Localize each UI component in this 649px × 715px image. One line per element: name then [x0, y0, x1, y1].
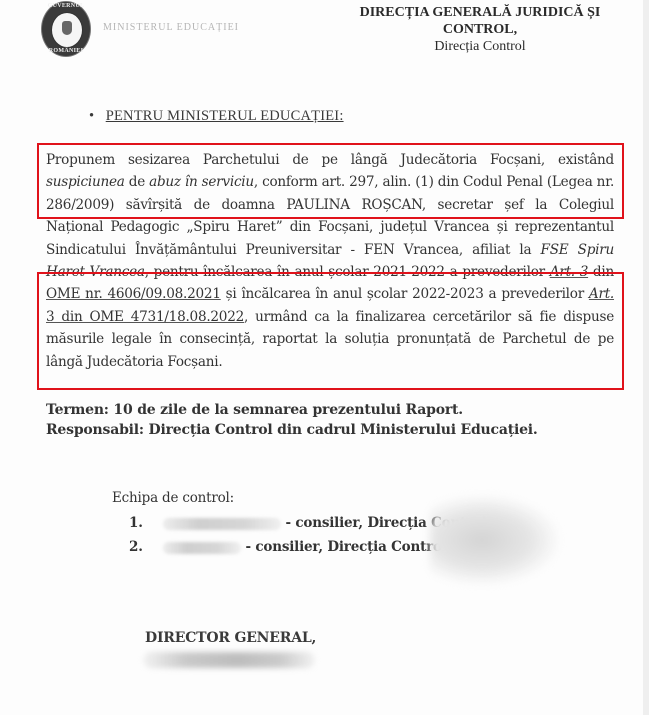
redacted-name	[163, 542, 241, 554]
paragraph-line: Propunem sesizarea Parchetului de pe lân…	[46, 149, 614, 171]
document-page: GUVERNUL ROMÂNIEI MINISTERUL EDUCAȚIEI D…	[0, 0, 644, 715]
department-header: DIRECȚIA GENERALĂ JURIDICĂ ȘI CONTROL, D…	[330, 4, 630, 55]
control-team-title: Echipa de control:	[112, 490, 234, 506]
emphasis-text: abuz în serviciu	[149, 174, 254, 190]
seal-text-bottom: ROMÂNIEI	[42, 48, 90, 54]
paragraph-line: Național Pedagogic „Spiru Haret” din Foc…	[46, 216, 614, 238]
team-member-2: 2. - consilier, Direcția Control.	[112, 539, 451, 555]
paragraph-line: lângă Judecătoria Focșani.	[46, 351, 614, 373]
redacted-director-name	[143, 652, 315, 668]
coat-of-arms-seal-icon: GUVERNUL ROMÂNIEI	[42, 2, 90, 56]
seal-text-top: GUVERNUL	[42, 3, 90, 9]
department-line-3: Direcția Control	[330, 38, 630, 55]
emphasis-text: Haret Vrancea	[46, 264, 145, 280]
term-block: Termen: 10 de zile de la semnarea prezen…	[46, 400, 538, 440]
eagle-icon	[62, 21, 72, 35]
member-number: 1.	[129, 515, 163, 531]
underlined-reference: Art.	[589, 286, 614, 302]
underlined-reference: 3 din OME 4731/18.08.2022	[46, 309, 244, 325]
redacted-name	[163, 518, 281, 530]
department-line-1: DIRECȚIA GENERALĂ JURIDICĂ ȘI	[330, 4, 630, 21]
paragraph-line: măsurile legale în consecință, raportat …	[46, 328, 614, 350]
paragraph-line: 286/2009) săvîrșită de doamna PAULINA RO…	[46, 194, 614, 216]
deadline-text: Termen: 10 de zile de la semnarea prezen…	[46, 400, 538, 420]
underlined-reference: OME nr. 4606/09.08.2021	[46, 286, 221, 302]
member-number: 2.	[129, 539, 163, 555]
paragraph-line: OME nr. 4606/09.08.2021 și încălcarea în…	[46, 283, 614, 305]
proposal-paragraph: Propunem sesizarea Parchetului de pe lân…	[46, 149, 614, 373]
responsible-text: Responsabil: Direcția Control din cadrul…	[46, 420, 538, 440]
bullet-icon: •	[89, 108, 94, 124]
blurred-signature	[430, 495, 560, 585]
paragraph-line: Haret Vrancea, pentru încălcarea în anul…	[46, 261, 614, 283]
paragraph-line: Sindicatului Învățământului Preuniversit…	[46, 239, 614, 261]
ministry-name: MINISTERUL EDUCAȚIEI	[103, 22, 239, 33]
member-role: - consilier, Direcția Control.	[246, 539, 452, 555]
page-edge	[643, 0, 649, 715]
paragraph-line: suspiciunea de abuz în serviciu, conform…	[46, 171, 614, 193]
director-title: DIRECTOR GENERAL,	[145, 630, 316, 646]
underlined-reference: Art. 3	[550, 264, 588, 280]
seal-center	[51, 12, 83, 48]
emphasis-text: suspiciunea	[46, 174, 125, 190]
department-line-2: CONTROL,	[330, 21, 630, 38]
section-heading: • PENTRU MINISTERUL EDUCAȚIEI:	[89, 108, 344, 125]
section-heading-text: PENTRU MINISTERUL EDUCAȚIEI:	[106, 108, 344, 124]
paragraph-line: 3 din OME 4731/18.08.2022, urmând ca la …	[46, 306, 614, 328]
emphasis-text: FSE Spiru	[541, 242, 614, 258]
